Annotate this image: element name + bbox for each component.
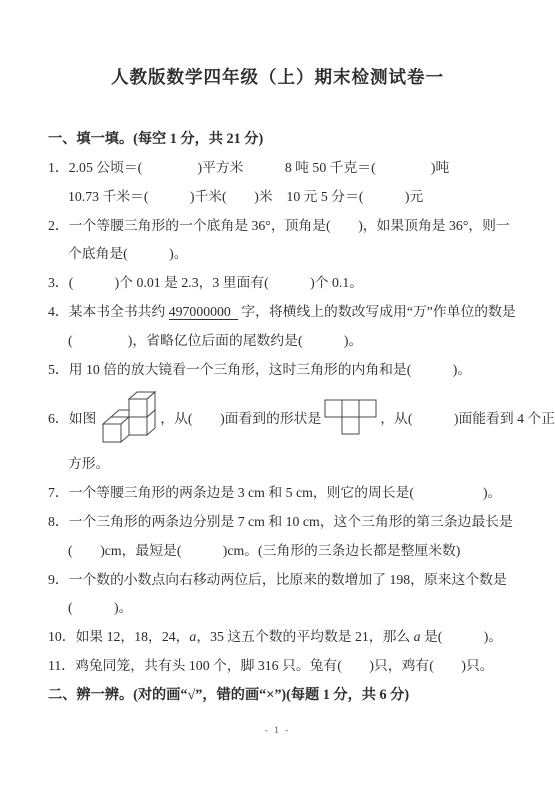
question-6-text-pre: 6．如图 (48, 407, 96, 427)
question-10-variable-a2: a (414, 629, 421, 644)
t-shape-view-figure (324, 399, 377, 435)
question-4-line-1: 4．某本书全书共约 497000000 字，将横线上的数改写成用“万”作单位的数… (0, 298, 555, 327)
question-8-line-1: 8．一个三角形的两条边分别是 7 cm 和 10 cm，这个三角形的第三条边最长… (0, 508, 555, 537)
question-4-text-post: 字，将横线上的数改写成用“万”作单位的数是 (238, 304, 516, 319)
question-4-text-b: ( )，省略亿位后面的尾数约是( )。 (68, 333, 362, 348)
question-10-text-mid: ，35 这五个数的平均数是 21，那么 (196, 629, 413, 644)
question-2-text-a: 2．一个等腰三角形的一个底角是 36°，顶角是( )，如果顶角是 36°，则一 (48, 218, 510, 233)
question-2-line-2: 个底角是( )。 (0, 240, 555, 269)
question-3-text: 3．( )个 0.01 是 2.3，3 里面有( )个 0.1。 (48, 275, 363, 290)
question-6-line-2: 方形。 (0, 450, 555, 479)
question-8-text-a: 8．一个三角形的两条边分别是 7 cm 和 10 cm，这个三角形的第三条边最长… (48, 514, 513, 529)
question-3-line: 3．( )个 0.01 是 2.3，3 里面有( )个 0.1。 (0, 269, 555, 298)
question-5-line: 5．用 10 倍的放大镜看一个三角形，这时三角形的内角和是( )。 (0, 356, 555, 385)
section-2-heading: 二、辨一辨。(对的画“√”，错的画“×”)(每题 1 分，共 6 分) (0, 681, 555, 710)
question-1-text-a: 1．2.05 公顷＝( )平方米 8 吨 50 千克＝( )吨 (48, 160, 449, 175)
question-2-text-b: 个底角是( )。 (68, 246, 188, 261)
question-2-line-1: 2．一个等腰三角形的一个底角是 36°，顶角是( )，如果顶角是 36°，则一 (0, 212, 555, 241)
exam-page: 人教版数学四年级（上）期末检测试卷一 一、填一填。(每空 1 分，共 21 分)… (0, 64, 555, 736)
question-4-line-2: ( )，省略亿位后面的尾数约是( )。 (0, 327, 555, 356)
question-9-text-a: 9．一个数的小数点向右移动两位后，比原来的数增加了 198，原来这个数是 (48, 572, 507, 587)
question-10-text-pre: 10．如果 12，18，24， (48, 629, 189, 644)
question-4-text-pre: 4．某本书全书共约 (48, 304, 169, 319)
section-1-heading: 一、填一填。(每空 1 分，共 21 分) (0, 127, 555, 151)
page-number: - 1 - (0, 726, 555, 736)
question-10-line: 10．如果 12，18，24，a，35 这五个数的平均数是 21，那么 a 是(… (0, 623, 555, 652)
question-8-line-2: ( )cm，最短是( )cm。(三角形的三条边长都是整厘米数) (0, 537, 555, 566)
question-11-text: 11．鸡兔同笼，共有头 100 个，脚 316 只。兔有( )只，鸡有( )只。 (48, 658, 494, 673)
question-7-line: 7．一个等腰三角形的两条边是 3 cm 和 5 cm，则它的周长是( )。 (0, 479, 555, 508)
question-9-line-2: ( )。 (0, 594, 555, 623)
question-6-line-1: 6．如图 ，从( )面看到的形状是 ，从( )面能看到 4 (0, 384, 555, 450)
question-6-text-end: ，从( )面能看到 4 个正 (380, 407, 555, 427)
question-1-line-2: 10.73 千米＝( )千米( )米 10 元 5 分＝( )元 (0, 183, 555, 212)
question-1-line-1: 1．2.05 公顷＝( )平方米 8 吨 50 千克＝( )吨 (0, 154, 555, 183)
question-8-text-b: ( )cm，最短是( )cm。(三角形的三条边长都是整厘米数) (68, 543, 460, 558)
question-5-text: 5．用 10 倍的放大镜看一个三角形，这时三角形的内角和是( )。 (48, 362, 471, 377)
question-1-text-b: 10.73 千米＝( )千米( )米 10 元 5 分＝( )元 (68, 189, 423, 204)
question-9-line-1: 9．一个数的小数点向右移动两位后，比原来的数增加了 198，原来这个数是 (0, 566, 555, 595)
question-10-text-post: 是( )。 (421, 629, 503, 644)
question-7-text: 7．一个等腰三角形的两条边是 3 cm 和 5 cm，则它的周长是( )。 (48, 485, 501, 500)
cube-stack-figure (99, 391, 157, 444)
page-title: 人教版数学四年级（上）期末检测试卷一 (0, 64, 555, 90)
question-9-text-b: ( )。 (68, 600, 132, 615)
question-6-text-b: 方形。 (68, 456, 109, 471)
question-6-text-mid: ，从( )面看到的形状是 (160, 407, 321, 427)
question-4-underlined-number: 497000000 (169, 304, 238, 320)
question-11-line: 11．鸡兔同笼，共有头 100 个，脚 316 只。兔有( )只，鸡有( )只。 (0, 652, 555, 681)
